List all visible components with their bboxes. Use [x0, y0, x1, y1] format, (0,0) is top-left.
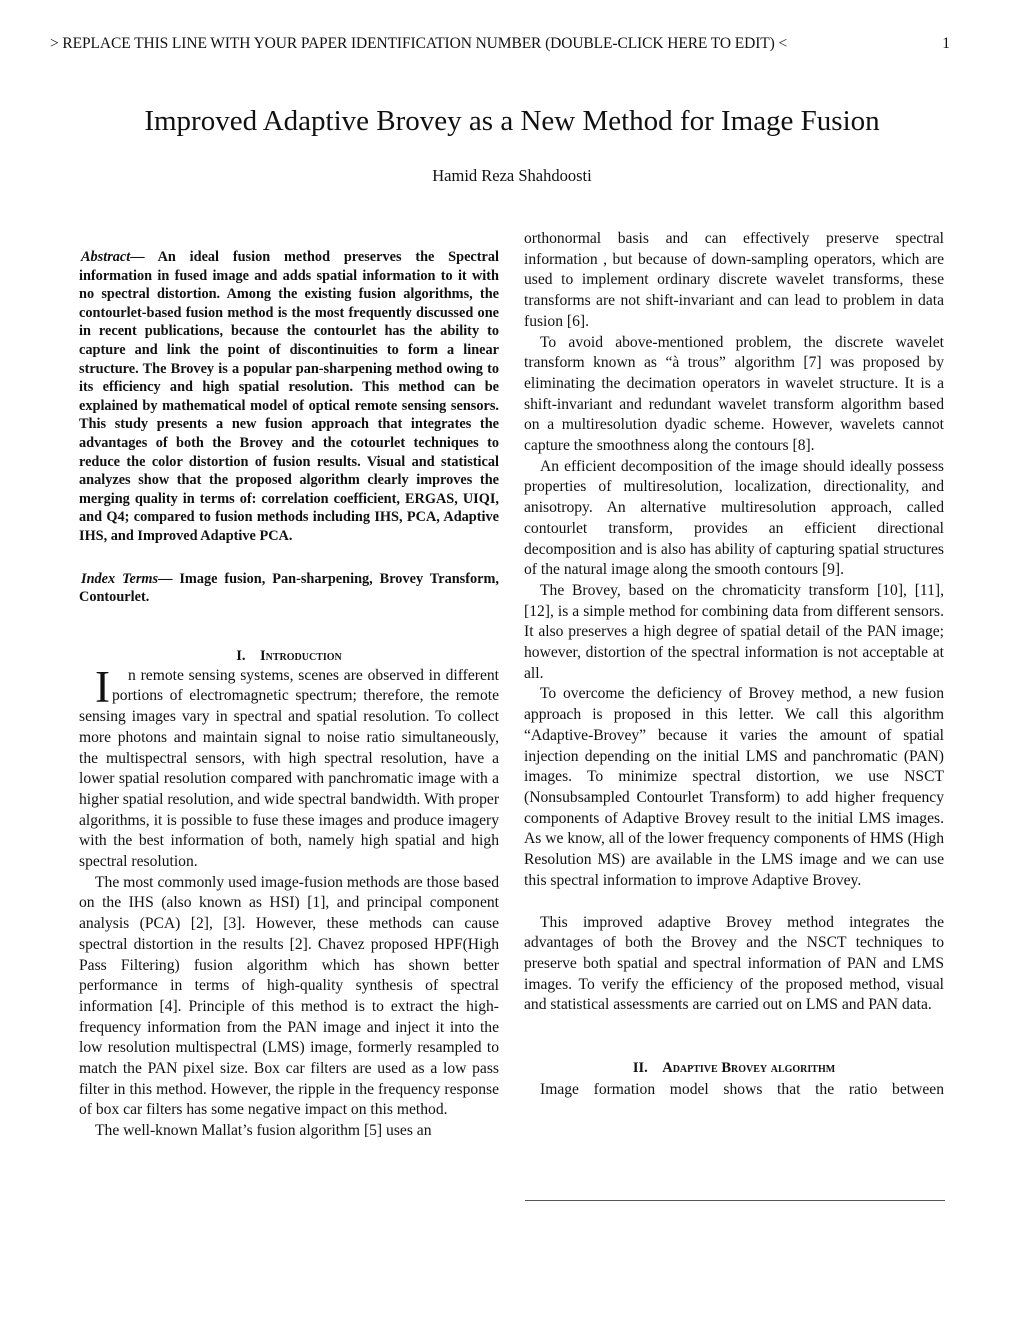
right-column: orthonormal basis and can effectively pr…	[524, 229, 944, 1101]
drop-cap: I	[79, 669, 110, 705]
paragraph: This improved adaptive Brovey method int…	[524, 913, 944, 1017]
paragraph: The well-known Mallat’s fusion algorithm…	[79, 1121, 499, 1142]
section-heading-adaptive-brovey: II. Adaptive Brovey algorithm	[524, 1058, 944, 1078]
paper-title: Improved Adaptive Brovey as a New Method…	[0, 102, 1024, 140]
paragraph: In remote sensing systems, scenes are ob…	[79, 666, 499, 873]
section-heading-introduction: I. Introduction	[79, 646, 499, 666]
paragraph: The Brovey, based on the chromaticity tr…	[524, 581, 944, 685]
paragraph-continued: orthonormal basis and can effectively pr…	[524, 229, 944, 333]
abstract-dash: —	[130, 249, 144, 265]
page-number: 1	[942, 34, 950, 54]
abstract-text: An ideal fusion method preserves the Spe…	[79, 249, 499, 544]
author-name: Hamid Reza Shahdoosti	[0, 165, 1024, 187]
paragraph: To overcome the deficiency of Brovey met…	[524, 684, 944, 891]
index-terms-dash: —	[158, 571, 172, 587]
left-column: Abstract— An ideal fusion method preserv…	[79, 248, 499, 1142]
paragraph: An efficient decomposition of the image …	[524, 457, 944, 581]
abstract: Abstract— An ideal fusion method preserv…	[79, 248, 499, 546]
footnote-separator	[525, 1200, 945, 1201]
paragraph: The most commonly used image-fusion meth…	[79, 873, 499, 1121]
paragraph: Image formation model shows that the rat…	[524, 1080, 944, 1101]
paragraph: To avoid above-mentioned problem, the di…	[524, 333, 944, 457]
abstract-label: Abstract	[81, 249, 130, 265]
paper-id-placeholder: > REPLACE THIS LINE WITH YOUR PAPER IDEN…	[50, 34, 787, 54]
index-terms-label: Index Terms	[81, 571, 158, 587]
index-terms: Index Terms— Image fusion, Pan-sharpenin…	[79, 570, 499, 607]
